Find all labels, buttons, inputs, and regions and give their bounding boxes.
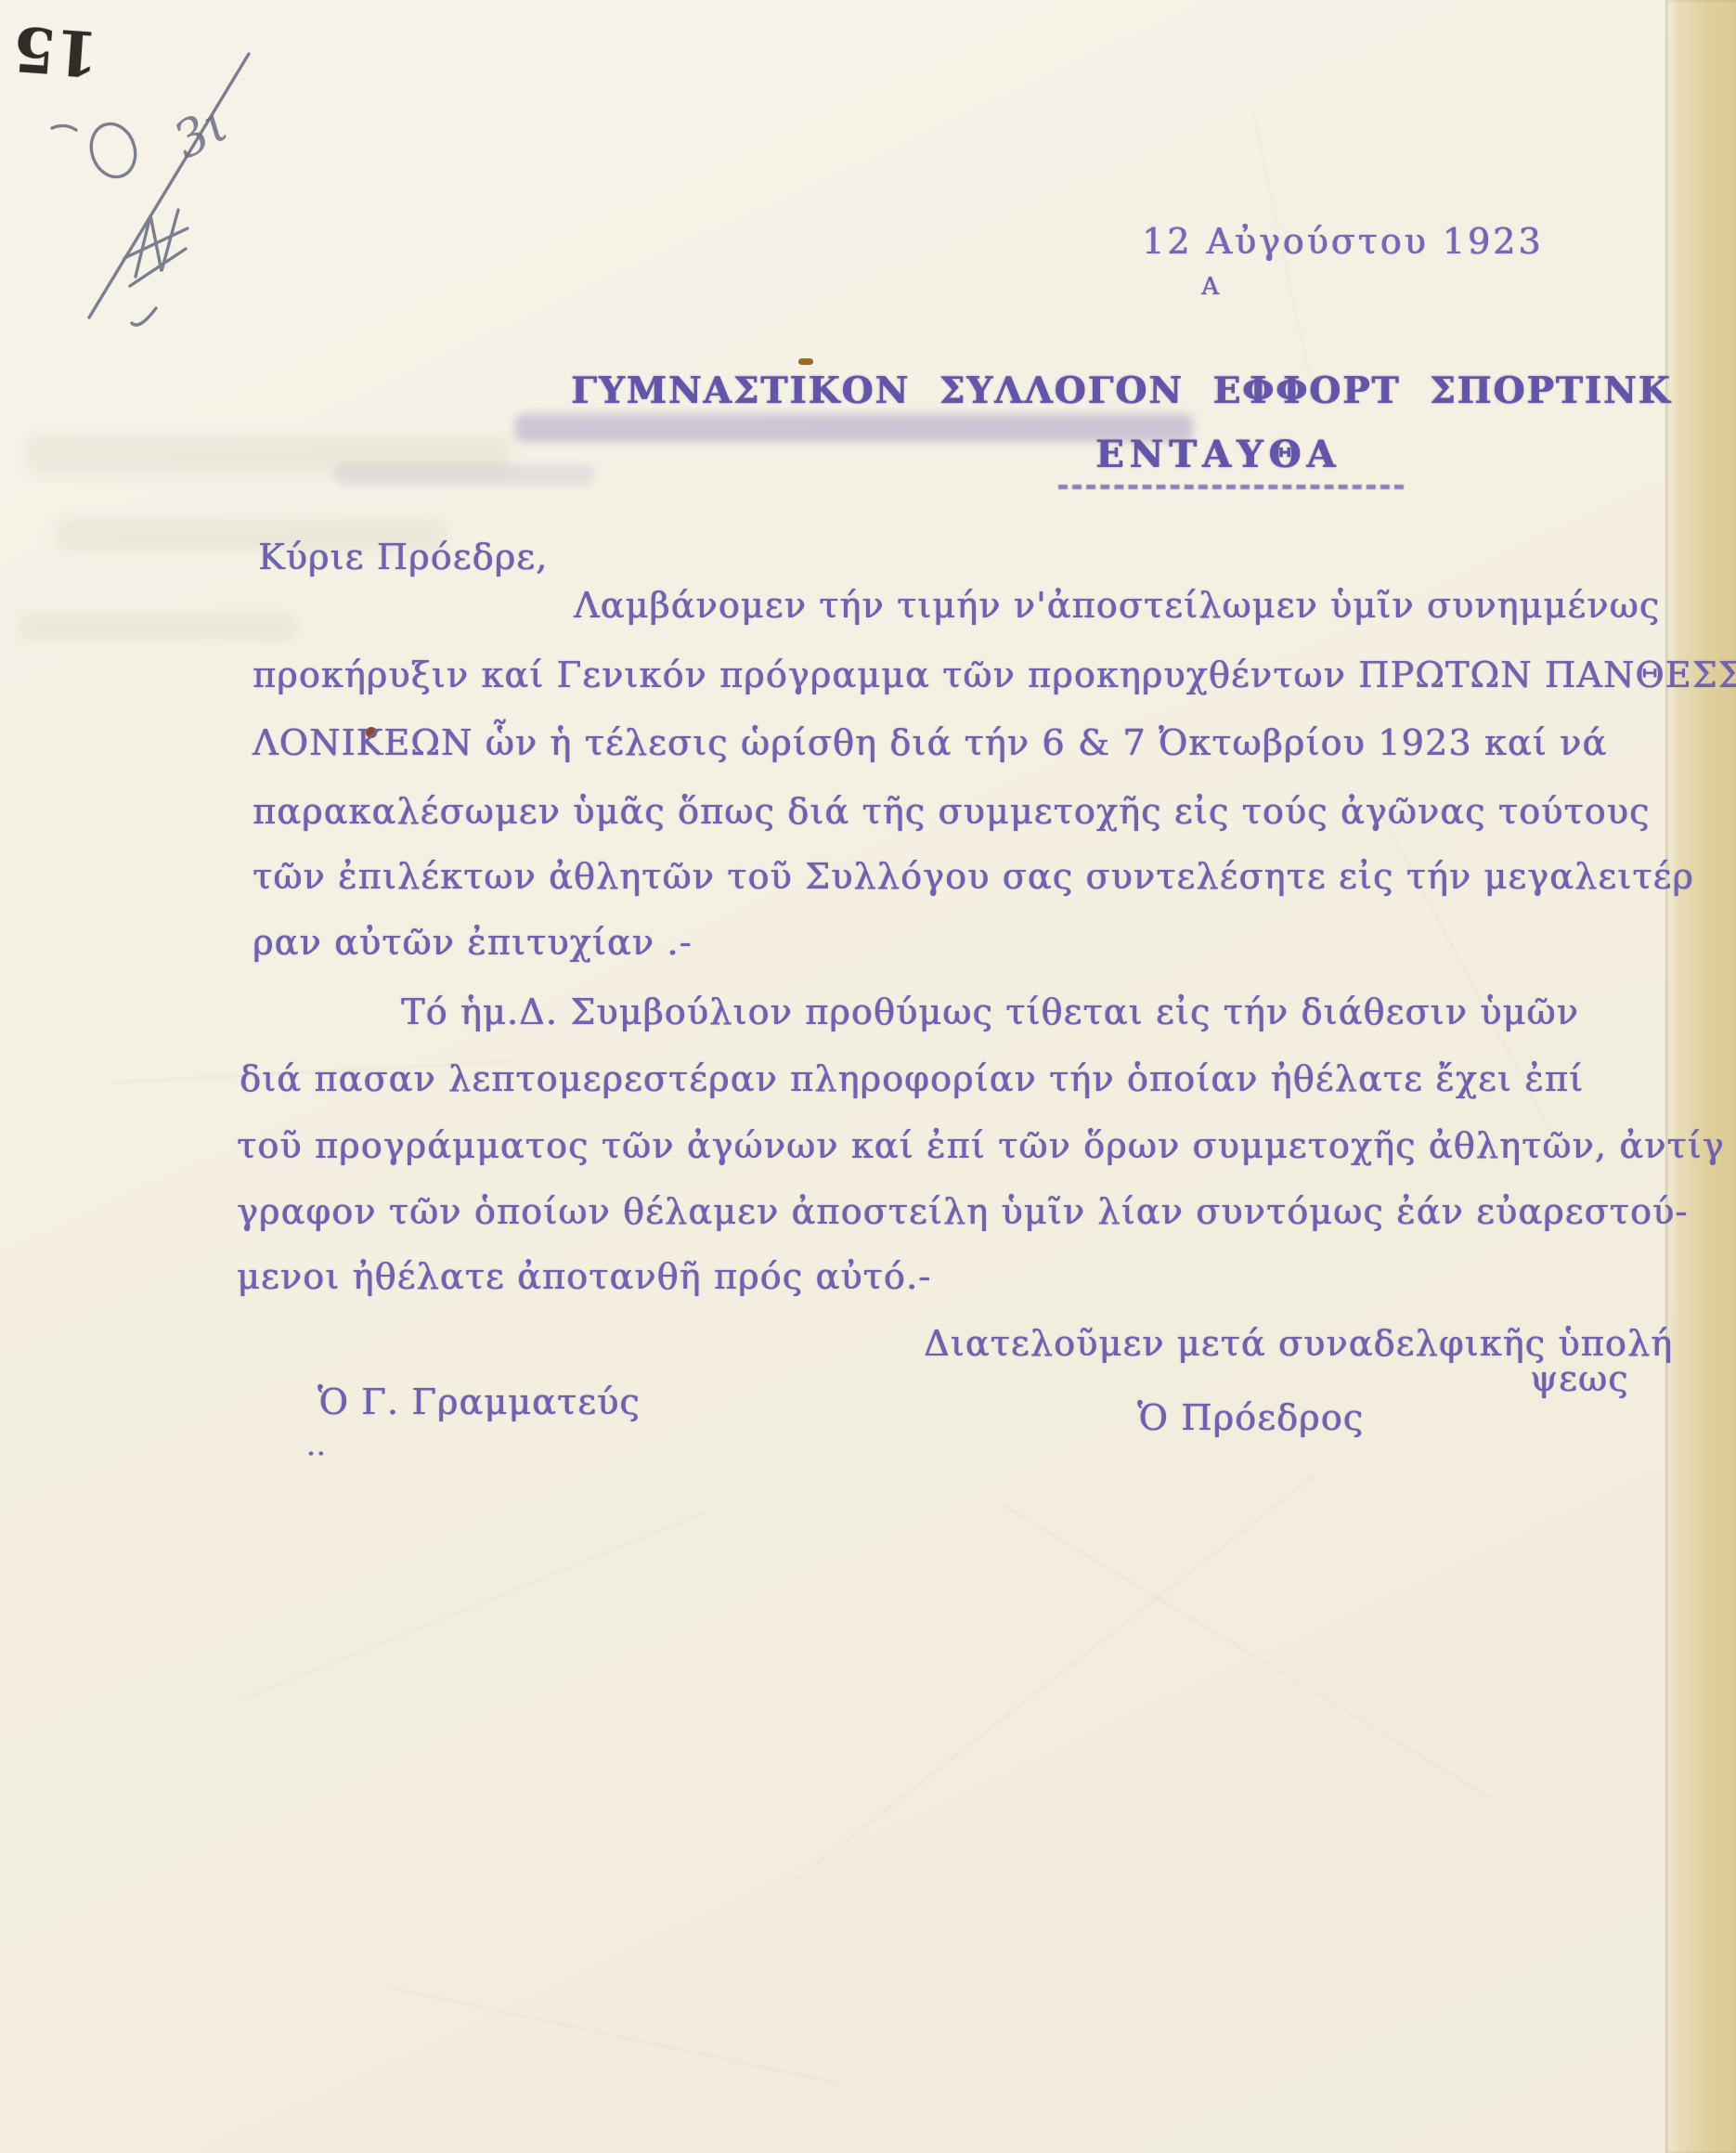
scanned-letter-page: 15 3ι 12 Αὐγούστου 1923 Α ΓΥΜΝΑΣΤΙΚΟΝ ΣΥ… (0, 0, 1736, 2153)
paper-edge-band (1665, 0, 1736, 2153)
signature-title-secretary: Ὁ Γ. Γραμματεύς (317, 1381, 641, 1422)
date-correction-char: Α (1201, 273, 1220, 301)
signature-title-president: Ὁ Πρόεδρος (1137, 1397, 1364, 1438)
paper-crease (241, 1511, 706, 1701)
recipient-city: ΕΝΤΑΥΘΑ (1095, 433, 1341, 476)
closing-line-continuation: ψεως (1530, 1358, 1629, 1399)
body-line: Τό ἡμ.Δ. Συμβούλιον προθύμως τίθεται εἰς… (401, 992, 1579, 1032)
date-line: 12 Αὐγούστου 1923 (1142, 221, 1543, 262)
paper-speck (798, 358, 813, 365)
body-line: γραφον τῶν ὁποίων θέλαμεν ἀποστείλη ὑμῖν… (237, 1191, 1688, 1232)
body-line: παρακαλέσωμεν ὑμᾶς ὅπως διά τῆς συμμετοχ… (253, 791, 1650, 832)
dashed-underline (1058, 485, 1404, 489)
body-line: Λαμβάνομεν τήν τιμήν ν'ἀποστείλωμεν ὑμῖν… (574, 585, 1660, 626)
salutation: Κύριε Πρόεδρε, (258, 537, 548, 577)
pencil-slash (89, 54, 249, 318)
pencil-annotation: 3ι (46, 37, 343, 353)
pencil-number: 3ι (164, 95, 238, 171)
signature-dots: .. (306, 1430, 326, 1462)
pencil-dash (52, 125, 76, 130)
overstruck-line (334, 464, 594, 485)
paper-crease (390, 1987, 844, 2085)
body-line: μενοι ἠθέλατε ἀποτανθῆ πρός αὐτό.- (237, 1256, 931, 1297)
ink-bleed-through (19, 613, 297, 641)
body-line: τοῦ προγράμματος τῶν ἀγώνων καί ἐπί τῶν … (237, 1125, 1725, 1166)
paper-crease (1002, 1504, 1496, 1802)
pencil-letter-o-shape (84, 118, 142, 182)
body-line: ραν αὐτῶν ἐπιτυχίαν .- (253, 922, 693, 963)
pencil-tail (132, 308, 156, 325)
overstruck-line (515, 414, 1193, 442)
recipient-name: ΓΥΜΝΑΣΤΙΚΟΝ ΣΥΛΛΟΓΟΝ ΕΦΦΟΡΤ ΣΠΟΡΤΙΝΚ (571, 370, 1671, 412)
body-line: διά πασαν λεπτομερεστέραν πληροφορίαν τή… (240, 1058, 1584, 1099)
body-line: ΛΟΝΙΚΕΩΝ ὧν ἡ τέλεσις ὡρίσθη διά τήν 6 &… (253, 722, 1607, 763)
body-line: προκήρυξιν καί Γενικόν πρόγραμμα τῶν προ… (253, 655, 1736, 695)
body-line: τῶν ἐπιλέκτων ἀθλητῶν τοῦ Συλλόγου σας σ… (253, 856, 1694, 897)
